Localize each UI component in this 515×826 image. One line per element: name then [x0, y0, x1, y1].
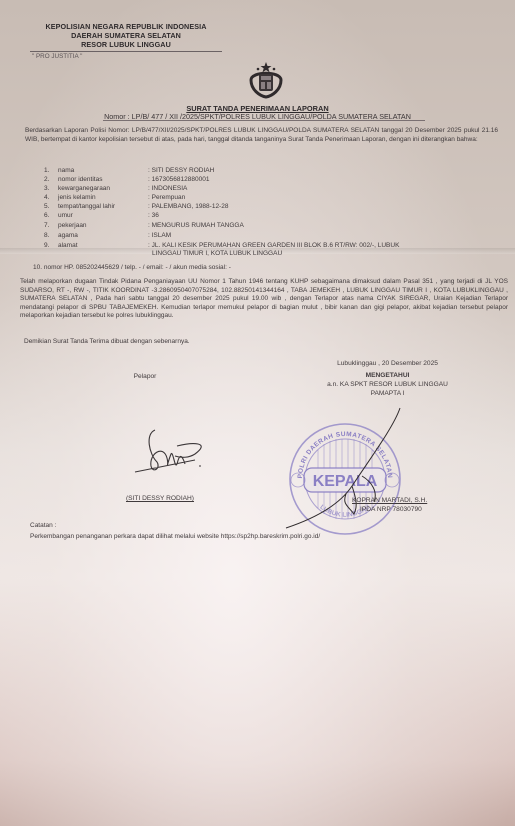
- field-label: pekerjaan: [58, 222, 87, 229]
- pro-justitia: " PRO JUSTITIA ": [32, 53, 82, 60]
- field-label: tempat/tanggal lahir: [58, 203, 115, 210]
- acknowledged-label: MENGETAHUI: [300, 372, 475, 379]
- field-value-continued: LINGGAU TIMUR I, KOTA LUBUK LINGGAU: [152, 250, 282, 257]
- field-label: jenis kelamin: [58, 194, 96, 201]
- field-label: kewarganegaraan: [58, 185, 110, 192]
- officer-name: KOPRAN MARTADI, S.H.: [352, 497, 457, 504]
- police-emblem-icon: [245, 60, 287, 100]
- field-value: : Perempuan: [148, 194, 185, 201]
- field-number: 2.: [44, 176, 49, 183]
- header-divider: [30, 51, 222, 52]
- contact-line: 10. nomor HP. 085202445629 / telp. - / e…: [33, 264, 231, 271]
- field-label: umur: [58, 212, 73, 219]
- field-value: : ISLAM: [148, 232, 171, 239]
- field-number: 4.: [44, 194, 49, 201]
- field-number: 5.: [44, 203, 49, 210]
- field-label: agama: [58, 232, 78, 239]
- on-behalf-line: a.n. KA SPKT RESOR LUBUK LINGGAU: [290, 381, 485, 388]
- field-value: : SITI DESSY RODIAH: [148, 167, 214, 174]
- document-number: Nomor : LP/B/ 477 / XII /2025/SPKT/POLRE…: [0, 112, 515, 121]
- field-number: 1.: [44, 167, 49, 174]
- field-number: 8.: [44, 232, 49, 239]
- field-label: nomor identitas: [58, 176, 102, 183]
- field-value: : PALEMBANG, 1988-12-28: [148, 203, 228, 210]
- field-value: : 1673056812880001: [148, 176, 209, 183]
- field-number: 9.: [44, 242, 49, 249]
- field-value: : MENGURUS RUMAH TANGGA: [148, 222, 244, 229]
- reporter-name: (SITI DESSY RODIAH): [105, 495, 215, 502]
- document-paper: [0, 0, 515, 826]
- header-region: DAERAH SUMATERA SELATAN: [30, 31, 222, 40]
- field-value: : INDONESIA: [148, 185, 187, 192]
- closing-statement: Demikian Surat Tanda Terima dibuat denga…: [24, 338, 190, 345]
- place-date: Lubuklinggau , 20 Desember 2025: [300, 360, 475, 367]
- header-resort: RESOR LUBUK LINGGAU: [30, 40, 222, 49]
- header-institution: KEPOLISIAN NEGARA REPUBLIK INDONESIA: [30, 22, 222, 31]
- field-label: alamat: [58, 242, 78, 249]
- position-line: PAMAPTA I: [300, 390, 475, 397]
- officer-rank-nrp: IPDA NRP 78030790: [360, 506, 460, 513]
- field-value: : JL. KALI KESIK PERUMAHAN GREEN GARDEN …: [148, 242, 399, 249]
- field-number: 3.: [44, 185, 49, 192]
- field-number: 7.: [44, 222, 49, 229]
- reporter-label: Pelapor: [100, 373, 190, 380]
- intro-paragraph: Berdasarkan Laporan Polisi Nomor: LP/B/4…: [25, 127, 498, 144]
- field-number: 6.: [44, 212, 49, 219]
- field-value: : 36: [148, 212, 159, 219]
- notes-text: Perkembangan penanganan perkara dapat di…: [30, 533, 320, 540]
- reporter-signature: [115, 424, 215, 484]
- report-description: Telah melaporkan dugaan Tindak Pidana Pe…: [20, 278, 508, 321]
- notes-label: Catatan :: [30, 522, 56, 529]
- field-label: nama: [58, 167, 74, 174]
